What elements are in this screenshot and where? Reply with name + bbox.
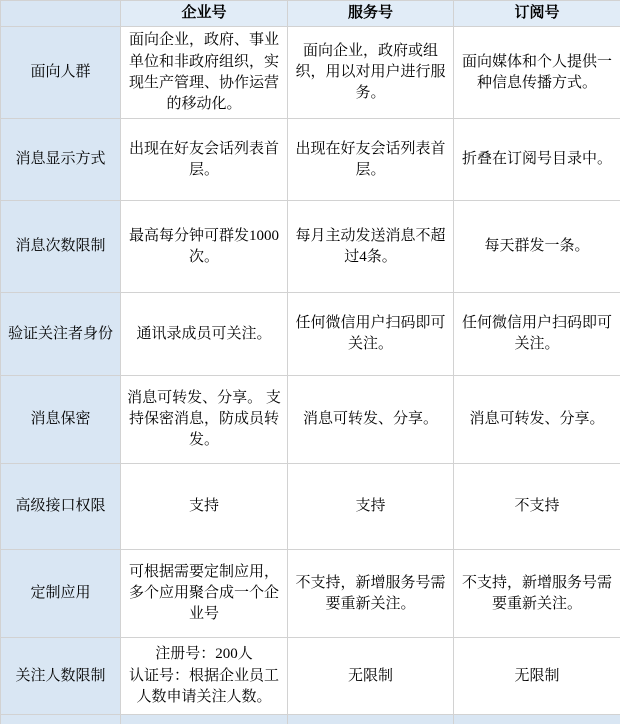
table-row-follower-limit: 关注人数限制 注册号：200人 认证号：根据企业员工人数申请关注人数。 无限制 … bbox=[1, 638, 620, 715]
column-header-service: 服务号 bbox=[288, 1, 454, 27]
table-cell: 不支持，新增服务号需要重新关注。 bbox=[288, 550, 454, 638]
account-comparison-table: 企业号 服务号 订阅号 面向人群 面向企业，政府、事业单位和非政府组织，实现生产… bbox=[0, 0, 620, 724]
table-cell: 面向企业，政府、事业单位和非政府组织，实现生产管理、协作运营的移动化。 bbox=[121, 27, 288, 119]
strip-cell bbox=[1, 715, 121, 724]
table-cell: 出现在好友会话列表首层。 bbox=[288, 119, 454, 201]
column-header-subscription: 订阅号 bbox=[454, 1, 620, 27]
table-cell: 面向企业，政府或组织，用以对用户进行服务。 bbox=[288, 27, 454, 119]
table-cell: 可根据需要定制应用，多个应用聚合成一个企业号 bbox=[121, 550, 288, 638]
table-cell: 通讯录成员可关注。 bbox=[121, 293, 288, 376]
cutoff-next-row-strip bbox=[1, 715, 620, 724]
table-row-advanced-api: 高级接口权限 支持 支持 不支持 bbox=[1, 464, 620, 550]
row-label: 消息次数限制 bbox=[1, 201, 121, 293]
row-label: 定制应用 bbox=[1, 550, 121, 638]
table-row-message-privacy: 消息保密 消息可转发、分享。 支持保密消息，防成员转发。 消息可转发、分享。 消… bbox=[1, 376, 620, 464]
table-cell: 每天群发一条。 bbox=[454, 201, 620, 293]
table-cell: 消息可转发、分享。 支持保密消息，防成员转发。 bbox=[121, 376, 288, 464]
row-label: 验证关注者身份 bbox=[1, 293, 121, 376]
table-cell: 无限制 bbox=[288, 638, 454, 715]
column-header-enterprise: 企业号 bbox=[121, 1, 288, 27]
table-row-message-limit: 消息次数限制 最高每分钟可群发1000次。 每月主动发送消息不超过4条。 每天群… bbox=[1, 201, 620, 293]
header-row: 企业号 服务号 订阅号 bbox=[1, 1, 620, 27]
table-cell: 不支持 bbox=[454, 464, 620, 550]
corner-cell bbox=[1, 1, 121, 27]
table-cell: 支持 bbox=[288, 464, 454, 550]
table-cell: 注册号：200人 认证号：根据企业员工人数申请关注人数。 bbox=[121, 638, 288, 715]
table-row-custom-app: 定制应用 可根据需要定制应用，多个应用聚合成一个企业号 不支持，新增服务号需要重… bbox=[1, 550, 620, 638]
table-cell: 无限制 bbox=[454, 638, 620, 715]
table-cell: 支持 bbox=[121, 464, 288, 550]
table-cell: 折叠在订阅号目录中。 bbox=[454, 119, 620, 201]
table-cell: 每月主动发送消息不超过4条。 bbox=[288, 201, 454, 293]
table-cell: 最高每分钟可群发1000次。 bbox=[121, 201, 288, 293]
row-label: 消息保密 bbox=[1, 376, 121, 464]
table-row-audience: 面向人群 面向企业，政府、事业单位和非政府组织，实现生产管理、协作运营的移动化。… bbox=[1, 27, 620, 119]
strip-cell bbox=[454, 715, 620, 724]
table-cell: 出现在好友会话列表首层。 bbox=[121, 119, 288, 201]
table-row-message-display: 消息显示方式 出现在好友会话列表首层。 出现在好友会话列表首层。 折叠在订阅号目… bbox=[1, 119, 620, 201]
table-cell: 消息可转发、分享。 bbox=[454, 376, 620, 464]
table-cell: 任何微信用户扫码即可关注。 bbox=[454, 293, 620, 376]
strip-cell bbox=[121, 715, 288, 724]
table-cell: 任何微信用户扫码即可关注。 bbox=[288, 293, 454, 376]
table-cell: 不支持，新增服务号需要重新关注。 bbox=[454, 550, 620, 638]
table-cell: 面向媒体和个人提供一种信息传播方式。 bbox=[454, 27, 620, 119]
table-row-follower-verification: 验证关注者身份 通讯录成员可关注。 任何微信用户扫码即可关注。 任何微信用户扫码… bbox=[1, 293, 620, 376]
row-label: 消息显示方式 bbox=[1, 119, 121, 201]
table-cell: 消息可转发、分享。 bbox=[288, 376, 454, 464]
row-label: 关注人数限制 bbox=[1, 638, 121, 715]
row-label: 高级接口权限 bbox=[1, 464, 121, 550]
strip-cell bbox=[288, 715, 454, 724]
row-label: 面向人群 bbox=[1, 27, 121, 119]
